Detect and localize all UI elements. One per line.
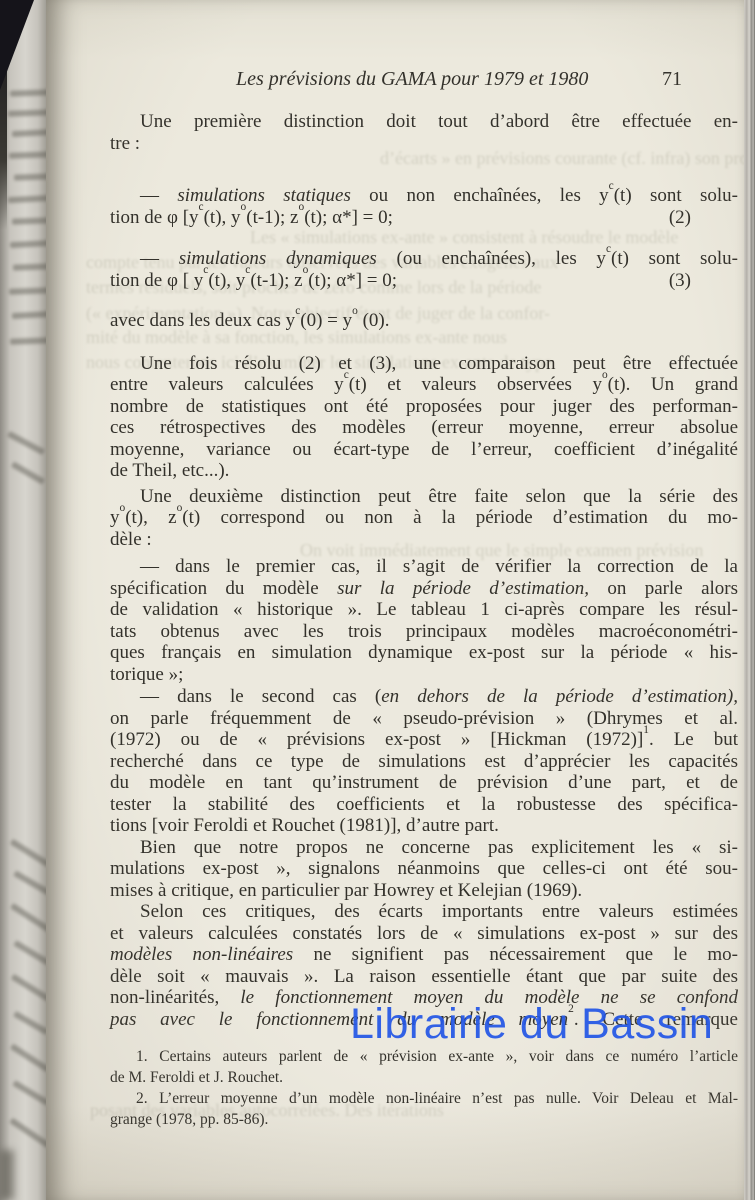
footnotes: 1. Certains auteurs parlent de « prévisi… <box>110 1046 738 1130</box>
text-line: mulations ex-post », signalons néanmoins… <box>110 858 738 880</box>
paragraph: Bien que notre propos ne concerne pas ex… <box>110 837 738 902</box>
text-line: et valeurs calculées constatés lors de «… <box>110 923 738 945</box>
text-line: dèle soit « mauvais ». La raison essenti… <box>110 966 738 988</box>
paragraph: avec dans les deux cas yc(0) = yo (0). <box>110 310 738 332</box>
paragraph: Une première distinction doit tout d’abo… <box>110 111 738 154</box>
running-header: Les prévisions du GAMA pour 1979 et 1980… <box>110 68 738 94</box>
text-line: — dans le premier cas, il s’agit de véri… <box>110 556 738 578</box>
text-line: Bien que notre propos ne concerne pas ex… <box>110 837 738 859</box>
text-line: tre : <box>110 133 738 155</box>
paragraph: Une deuxième distinction peut être faite… <box>110 486 738 551</box>
text-line: Une fois résolu (2) et (3), une comparai… <box>110 353 738 375</box>
text-line: (1972) ou de « prévisions ex-post » [Hic… <box>110 729 738 751</box>
text-line: grange (1978, pp. 85-86). <box>110 1109 738 1130</box>
text-line: moyenne, variance ou écart-type de l’err… <box>110 439 738 461</box>
text-line: Selon ces critiques, des écarts importan… <box>110 901 738 923</box>
text-line: tion de φ [yc(t), yo(t-1); zo(t); α*] = … <box>110 207 738 229</box>
text-line: yo(t), zo(t) correspond ou non à la péri… <box>110 507 738 529</box>
text-line: 1. Certains auteurs parlent de « prévisi… <box>110 1046 738 1067</box>
paragraph: — dans le premier cas, il s’agit de véri… <box>110 556 738 685</box>
text-line: torique »; <box>110 664 738 686</box>
text-line: Une première distinction doit tout d’abo… <box>110 111 738 133</box>
text-line: de M. Feroldi et J. Rouchet. <box>110 1067 738 1088</box>
text-line: 2. L’erreur moyenne d’un modèle non-liné… <box>110 1088 738 1109</box>
body-text: Une première distinction doit tout d’abo… <box>110 111 738 1030</box>
equation-number: (2) <box>669 207 691 229</box>
text-line: ques français en simulation dynamique ex… <box>110 642 738 664</box>
watermark: Librairie du Bassin <box>350 1000 713 1049</box>
text-line: nombre de statistiques ont été proposées… <box>110 396 738 418</box>
text-line: de validation « historique ». Le tableau… <box>110 599 738 621</box>
text-line: — simulations statiques ou non enchaînée… <box>110 185 738 207</box>
text-line: tats obtenus avec les trois principaux m… <box>110 621 738 643</box>
text-line: recherché dans ce type de simulations es… <box>110 751 738 773</box>
text-line: spécification du modèle sur la période d… <box>110 578 738 600</box>
text-line: du modèle en tant qu’instrument de prévi… <box>110 772 738 794</box>
photo-corner-smudge <box>0 1150 14 1200</box>
page-number: 71 <box>662 68 682 91</box>
text-line: de Theil, etc...). <box>110 460 738 482</box>
text-line: Une deuxième distinction peut être faite… <box>110 486 738 508</box>
text-line: ces rétrospectives des modèles (erreur m… <box>110 417 738 439</box>
text-line: — dans le second cas (en dehors de la pé… <box>110 686 738 708</box>
paragraph: — simulations dynamiques (ou enchaînées)… <box>110 248 738 291</box>
text-line: dèle : <box>110 529 738 551</box>
text-line: modèles non-linéaires ne signifient pas … <box>110 944 738 966</box>
running-title: Les prévisions du GAMA pour 1979 et 1980 <box>236 68 588 91</box>
text-line: avec dans les deux cas yc(0) = yo (0). <box>110 310 738 332</box>
text-line: tion de φ [ yc(t), yc(t-1); zo(t); α*] =… <box>110 270 738 292</box>
equation-number: (3) <box>669 270 691 292</box>
text-line: entre valeurs calculées yc(t) et valeurs… <box>110 374 738 396</box>
paragraph: — simulations statiques ou non enchaînée… <box>110 185 738 228</box>
text-line: mises à critique, en particulier par How… <box>110 880 738 902</box>
book-photo: d’écarts » en prévisions courante (cf. i… <box>0 0 755 1200</box>
paragraph: 2. L’erreur moyenne d’un modèle non-liné… <box>110 1088 738 1130</box>
paragraph: 1. Certains auteurs parlent de « prévisi… <box>110 1046 738 1088</box>
paragraph: Une fois résolu (2) et (3), une comparai… <box>110 353 738 482</box>
page-block-edge <box>744 0 755 1200</box>
text-line: tester la stabilité des coefficients et … <box>110 794 738 816</box>
paragraph: — dans le second cas (en dehors de la pé… <box>110 686 738 837</box>
text-line: tions [voir Feroldi et Rouchet (1981)], … <box>110 815 738 837</box>
